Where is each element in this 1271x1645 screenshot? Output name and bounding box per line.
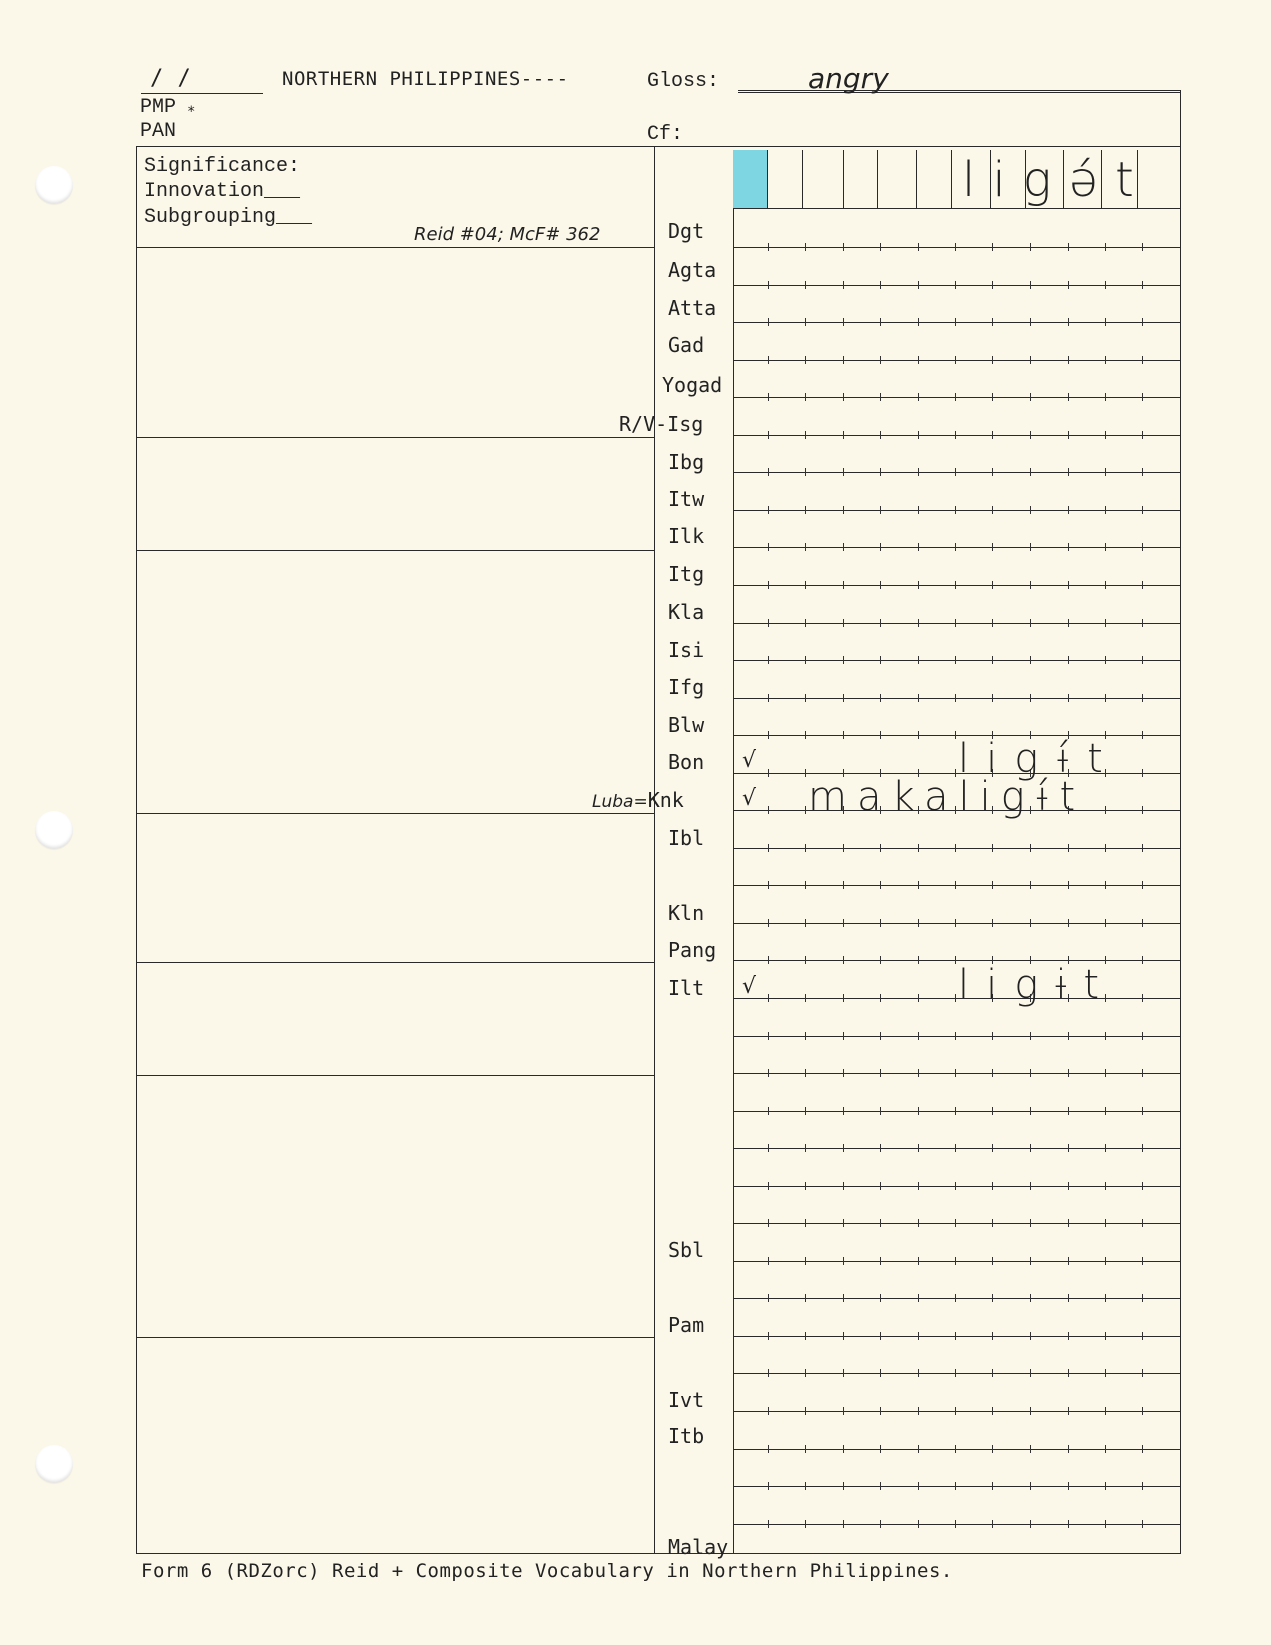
tick-mark	[918, 1407, 919, 1415]
tick-mark	[1030, 318, 1031, 326]
tick-mark	[843, 581, 844, 589]
tick-mark	[1068, 656, 1069, 664]
entry-line[interactable]	[733, 1148, 1180, 1149]
language-label: Dgt	[668, 219, 704, 243]
language-label: Bon	[668, 750, 704, 774]
cognate-form[interactable]: ligɨt	[958, 962, 1116, 1008]
tick-mark	[1068, 1107, 1069, 1115]
tick-mark	[1030, 844, 1031, 852]
tick-mark	[918, 844, 919, 852]
tick-mark	[955, 281, 956, 289]
tick-mark	[805, 1332, 806, 1340]
tick-mark	[1030, 1182, 1031, 1190]
tick-mark	[1030, 881, 1031, 889]
tick-mark	[1142, 1182, 1143, 1190]
tick-mark	[992, 281, 993, 289]
tick-mark	[843, 1069, 844, 1077]
tick-mark	[768, 1369, 769, 1377]
tick-mark	[918, 694, 919, 702]
tick-mark	[768, 468, 769, 476]
tick-mark	[843, 844, 844, 852]
tick-mark	[955, 956, 956, 964]
tick-mark	[1068, 243, 1069, 251]
tick-mark	[1142, 1144, 1143, 1152]
cell-divider	[802, 150, 803, 208]
entry-line[interactable]	[733, 960, 1180, 961]
tick-mark	[992, 1069, 993, 1077]
entry-line[interactable]	[733, 435, 1180, 436]
tick-mark	[880, 318, 881, 326]
cognate-form[interactable]: makaligɨ́t	[808, 774, 1085, 820]
entry-line[interactable]	[733, 1486, 1180, 1487]
tick-mark	[992, 1294, 993, 1302]
entry-line[interactable]	[733, 1298, 1180, 1299]
entry-line[interactable]	[733, 1261, 1180, 1262]
tick-mark	[992, 318, 993, 326]
tick-mark	[1068, 694, 1069, 702]
tick-mark	[768, 919, 769, 927]
tick-mark	[768, 581, 769, 589]
tick-mark	[843, 281, 844, 289]
tick-mark	[1142, 1482, 1143, 1490]
tick-mark	[880, 1107, 881, 1115]
tick-mark	[880, 694, 881, 702]
tick-mark	[805, 1032, 806, 1040]
tick-mark	[955, 1107, 956, 1115]
box-top-right	[738, 90, 1180, 91]
tick-mark	[1142, 281, 1143, 289]
tick-mark	[1030, 1032, 1031, 1040]
tick-mark	[955, 543, 956, 551]
tick-mark	[1030, 1069, 1031, 1077]
tick-mark	[1142, 881, 1143, 889]
tick-mark	[1030, 281, 1031, 289]
tick-mark	[805, 1294, 806, 1302]
language-label: Ifg	[668, 675, 704, 699]
tick-mark	[843, 1407, 844, 1415]
tick-mark	[1142, 1219, 1143, 1227]
tick-mark	[768, 1520, 769, 1528]
tick-mark	[843, 1257, 844, 1265]
tick-mark	[1105, 656, 1106, 664]
entry-line[interactable]	[733, 360, 1180, 361]
entry-line[interactable]	[733, 1036, 1180, 1037]
tick-mark	[918, 994, 919, 1002]
tick-mark	[992, 393, 993, 401]
entry-line[interactable]	[733, 585, 1180, 586]
tick-mark	[1068, 1294, 1069, 1302]
entry-line[interactable]	[733, 285, 1180, 286]
highlight-cell	[733, 150, 767, 208]
tick-mark	[880, 1445, 881, 1453]
tick-mark	[955, 1482, 956, 1490]
tick-mark	[955, 919, 956, 927]
tick-mark	[843, 393, 844, 401]
binder-hole-top	[35, 166, 73, 204]
tick-mark	[805, 243, 806, 251]
tick-mark	[805, 1369, 806, 1377]
tick-mark	[805, 1144, 806, 1152]
tick-mark	[843, 731, 844, 739]
language-label: Blw	[668, 713, 704, 737]
tick-mark	[955, 506, 956, 514]
tick-mark	[805, 506, 806, 514]
tick-mark	[1105, 1407, 1106, 1415]
tick-mark	[805, 731, 806, 739]
tick-mark	[1068, 543, 1069, 551]
section-divider	[136, 962, 654, 963]
tick-mark	[992, 1107, 993, 1115]
tick-mark	[880, 844, 881, 852]
tick-mark	[992, 656, 993, 664]
tick-mark	[918, 393, 919, 401]
tick-mark	[880, 1407, 881, 1415]
tick-mark	[1105, 919, 1106, 927]
language-label: Ibg	[668, 450, 704, 474]
tick-mark	[1030, 393, 1031, 401]
tick-mark	[880, 1520, 881, 1528]
tick-mark	[880, 1482, 881, 1490]
tick-mark	[992, 581, 993, 589]
tick-mark	[805, 844, 806, 852]
tick-mark	[918, 243, 919, 251]
tick-mark	[805, 656, 806, 664]
tick-mark	[805, 281, 806, 289]
tick-mark	[805, 1445, 806, 1453]
tick-mark	[1068, 1032, 1069, 1040]
gloss-label: Gloss:	[647, 70, 719, 93]
tick-mark	[918, 581, 919, 589]
entry-line[interactable]	[733, 1449, 1180, 1450]
tick-mark	[1142, 1069, 1143, 1077]
tick-mark	[992, 506, 993, 514]
tick-mark	[1142, 1032, 1143, 1040]
entry-line[interactable]	[733, 698, 1180, 699]
significance-label: Significance:	[144, 155, 300, 178]
date-underline	[141, 93, 263, 94]
tick-mark	[1068, 1182, 1069, 1190]
check-mark[interactable]: √	[742, 786, 756, 811]
tick-mark	[918, 1219, 919, 1227]
tick-mark	[992, 1032, 993, 1040]
tick-mark	[843, 1294, 844, 1302]
tick-mark	[1105, 318, 1106, 326]
tick-mark	[805, 806, 806, 814]
tick-mark	[955, 881, 956, 889]
language-label: Ilk	[668, 524, 704, 548]
tick-mark	[918, 1257, 919, 1265]
language-label: Kla	[668, 600, 704, 624]
tick-mark	[805, 994, 806, 1002]
tick-mark	[880, 393, 881, 401]
language-label: Itw	[668, 487, 704, 511]
tick-mark	[768, 281, 769, 289]
tick-mark	[1030, 1407, 1031, 1415]
tick-mark	[768, 1107, 769, 1115]
tick-mark	[992, 1369, 993, 1377]
tick-mark	[805, 468, 806, 476]
entry-line[interactable]	[733, 510, 1180, 511]
tick-mark	[1142, 844, 1143, 852]
entry-line[interactable]	[733, 397, 1180, 398]
tick-mark	[918, 1482, 919, 1490]
tick-mark	[1105, 1294, 1106, 1302]
tick-mark	[1142, 431, 1143, 439]
tick-mark	[805, 1482, 806, 1490]
tick-mark	[1068, 1407, 1069, 1415]
tick-mark	[843, 956, 844, 964]
reconstruction-form[interactable]: ligə́t	[962, 152, 1151, 208]
tick-mark	[1068, 881, 1069, 889]
entry-line[interactable]	[733, 1373, 1180, 1374]
tick-mark	[1030, 1369, 1031, 1377]
tick-mark	[918, 1332, 919, 1340]
section-divider	[136, 813, 654, 814]
tick-mark	[955, 468, 956, 476]
tick-mark	[768, 356, 769, 364]
entry-line[interactable]	[733, 472, 1180, 473]
section-divider	[136, 1337, 654, 1338]
tick-mark	[880, 1182, 881, 1190]
language-label: R/V-Isg	[619, 412, 703, 436]
tick-mark	[918, 731, 919, 739]
check-mark[interactable]: √	[742, 748, 756, 773]
tick-mark	[918, 543, 919, 551]
tick-mark	[805, 1520, 806, 1528]
knk-label: Knk	[648, 788, 684, 812]
tick-mark	[805, 694, 806, 702]
tick-mark	[1030, 1257, 1031, 1265]
box-right-edge	[1180, 90, 1181, 1553]
language-label: Atta	[668, 296, 716, 320]
entry-line[interactable]	[733, 1111, 1180, 1112]
box-bottom	[136, 1553, 1181, 1554]
entry-line[interactable]	[733, 1336, 1180, 1337]
innovation-field[interactable]: Innovation___	[144, 180, 300, 203]
tick-mark	[955, 1069, 956, 1077]
tick-mark	[918, 1182, 919, 1190]
tick-mark	[843, 656, 844, 664]
tick-mark	[880, 356, 881, 364]
tick-mark	[768, 806, 769, 814]
tick-mark	[1142, 694, 1143, 702]
tick-mark	[843, 543, 844, 551]
entry-line[interactable]	[733, 247, 1180, 248]
tick-mark	[1105, 1257, 1106, 1265]
tick-mark	[1068, 468, 1069, 476]
tick-mark	[918, 431, 919, 439]
tick-mark	[918, 956, 919, 964]
cell-divider	[916, 150, 917, 208]
tick-mark	[843, 919, 844, 927]
tick-mark	[1105, 393, 1106, 401]
tick-mark	[918, 619, 919, 627]
tick-mark	[992, 881, 993, 889]
tick-mark	[1068, 1482, 1069, 1490]
tick-mark	[880, 731, 881, 739]
tick-mark	[992, 1445, 993, 1453]
tick-mark	[1105, 806, 1106, 814]
tick-mark	[918, 1069, 919, 1077]
cf-label: Cf:	[647, 123, 683, 146]
language-label: Itg	[668, 562, 704, 586]
tick-mark	[992, 1182, 993, 1190]
subgrouping-field[interactable]: Subgrouping___	[144, 206, 312, 229]
tick-mark	[1142, 356, 1143, 364]
tick-mark	[1142, 468, 1143, 476]
tick-mark	[843, 318, 844, 326]
tick-mark	[1105, 1332, 1106, 1340]
tick-mark	[955, 1445, 956, 1453]
tick-mark	[955, 393, 956, 401]
tick-mark	[1142, 656, 1143, 664]
tick-mark	[1068, 431, 1069, 439]
language-label: Ilt	[668, 976, 704, 1000]
binder-hole-bottom	[35, 1445, 73, 1483]
tick-mark	[1068, 506, 1069, 514]
tick-mark	[843, 994, 844, 1002]
tick-mark	[843, 619, 844, 627]
entry-line[interactable]	[733, 1223, 1180, 1224]
entry-line[interactable]	[733, 660, 1180, 661]
entry-line[interactable]	[733, 923, 1180, 924]
entry-line[interactable]	[733, 547, 1180, 548]
tick-mark	[805, 356, 806, 364]
entry-line[interactable]	[733, 1186, 1180, 1187]
tick-mark	[955, 844, 956, 852]
tick-mark	[1105, 431, 1106, 439]
tick-mark	[1142, 619, 1143, 627]
tick-mark	[992, 694, 993, 702]
tick-mark	[1068, 581, 1069, 589]
tick-mark	[1030, 1219, 1031, 1227]
tick-mark	[805, 431, 806, 439]
tick-mark	[1142, 731, 1143, 739]
tick-mark	[768, 393, 769, 401]
tick-mark	[992, 1482, 993, 1490]
tick-mark	[1142, 994, 1143, 1002]
tick-mark	[1105, 844, 1106, 852]
tick-mark	[805, 956, 806, 964]
tick-mark	[955, 1257, 956, 1265]
tick-mark	[1030, 1144, 1031, 1152]
tick-mark	[1142, 543, 1143, 551]
tick-mark	[768, 1332, 769, 1340]
cell-divider	[951, 150, 952, 208]
tick-mark	[843, 1520, 844, 1528]
tick-mark	[1030, 919, 1031, 927]
tick-mark	[955, 656, 956, 664]
tick-mark	[955, 694, 956, 702]
tick-mark	[918, 468, 919, 476]
tick-mark	[1105, 243, 1106, 251]
tick-mark	[955, 356, 956, 364]
cell-divider	[767, 150, 768, 208]
tick-mark	[1105, 1445, 1106, 1453]
tick-mark	[1105, 506, 1106, 514]
tick-mark	[843, 1032, 844, 1040]
tick-mark	[805, 318, 806, 326]
tick-mark	[918, 1144, 919, 1152]
tick-mark	[843, 1144, 844, 1152]
tick-mark	[1105, 1482, 1106, 1490]
tick-mark	[1142, 243, 1143, 251]
tick-mark	[1068, 393, 1069, 401]
tick-mark	[768, 731, 769, 739]
tick-mark	[1105, 1369, 1106, 1377]
tick-mark	[805, 393, 806, 401]
tick-mark	[1068, 619, 1069, 627]
tick-mark	[1068, 1332, 1069, 1340]
tick-mark	[768, 994, 769, 1002]
tick-mark	[1142, 956, 1143, 964]
section-divider	[136, 1075, 654, 1076]
tick-mark	[1142, 1520, 1143, 1528]
tick-mark	[805, 1407, 806, 1415]
tick-mark	[1030, 1107, 1031, 1115]
tick-mark	[992, 1257, 993, 1265]
tick-mark	[843, 431, 844, 439]
box-left-edge	[136, 146, 137, 1553]
entry-line[interactable]	[733, 1524, 1180, 1525]
tick-mark	[992, 543, 993, 551]
cell-divider	[877, 150, 878, 208]
tick-mark	[880, 919, 881, 927]
binder-hole-middle	[35, 811, 73, 849]
tick-mark	[1030, 543, 1031, 551]
language-label: Ibl	[668, 826, 704, 850]
tick-mark	[880, 243, 881, 251]
tick-mark	[1068, 281, 1069, 289]
tick-mark	[843, 243, 844, 251]
tick-mark	[768, 881, 769, 889]
tick-mark	[992, 1332, 993, 1340]
tick-mark	[843, 881, 844, 889]
tick-mark	[805, 619, 806, 627]
tick-mark	[768, 1032, 769, 1040]
entry-line[interactable]	[733, 1073, 1180, 1074]
tick-mark	[1030, 619, 1031, 627]
tick-mark	[880, 581, 881, 589]
entry-line[interactable]	[733, 322, 1180, 323]
entry-line[interactable]	[733, 848, 1180, 849]
tick-mark	[1030, 1294, 1031, 1302]
tick-mark	[1105, 581, 1106, 589]
tick-mark	[918, 1520, 919, 1528]
tick-mark	[918, 318, 919, 326]
tick-mark	[1030, 243, 1031, 251]
tick-mark	[955, 1219, 956, 1227]
tick-mark	[1068, 318, 1069, 326]
pmp-label: PMP	[140, 96, 176, 119]
entry-line[interactable]	[733, 885, 1180, 886]
form-footer: Form 6 (RDZorc) Reid + Composite Vocabul…	[141, 1560, 953, 1582]
entry-line[interactable]	[733, 1411, 1180, 1412]
tick-mark	[992, 356, 993, 364]
tick-mark	[1142, 393, 1143, 401]
language-label: Ivt	[668, 1388, 704, 1412]
tick-mark	[1105, 1069, 1106, 1077]
tick-mark	[955, 1294, 956, 1302]
tick-mark	[1030, 356, 1031, 364]
date-field[interactable]: / /	[150, 66, 191, 91]
entry-line[interactable]	[733, 623, 1180, 624]
cell-divider	[843, 150, 844, 208]
tick-mark	[768, 506, 769, 514]
tick-mark	[768, 844, 769, 852]
check-mark[interactable]: √	[742, 974, 756, 999]
tick-mark	[1068, 356, 1069, 364]
